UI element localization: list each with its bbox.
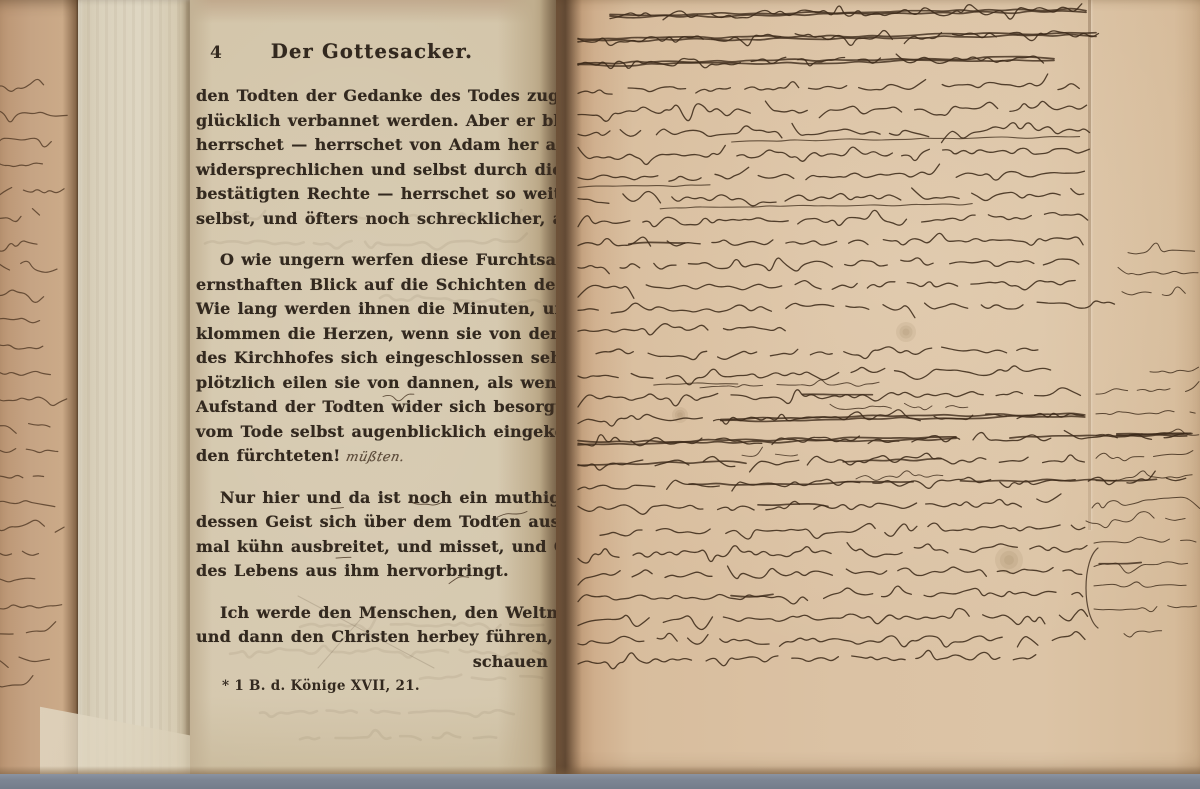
print-line: glücklich verbannet werden. Aber er blei… (196, 109, 548, 134)
print-line: schauen (196, 650, 548, 675)
print-line: Nur hier und da ist noch ein muthiger El… (196, 486, 548, 511)
print-paragraph: Nur hier und da ist noch ein muthiger El… (196, 486, 548, 584)
print-line: selbst, und öfters noch schrecklicher, a… (196, 207, 548, 232)
book-scan: 4 Der Gottesacker. den Todten der Gedank… (0, 0, 1200, 789)
print-line: des Lebens aus ihm hervorbringt. (196, 559, 548, 584)
print-body: den Todten der Gedanke des Todes zugleic… (196, 84, 548, 674)
underleaf-edge (78, 0, 190, 774)
manuscript-page (556, 0, 1200, 774)
page-bottom-edge (0, 766, 1200, 774)
footnote: * 1 B. d. Könige XVII, 21. (222, 678, 420, 694)
print-line: Aufstand der Todten wider sich besorgten… (196, 395, 548, 420)
print-line: Wie lang werden ihnen die Minuten, und w… (196, 297, 548, 322)
print-line: widersprechlichen und selbst durch die V… (196, 158, 548, 183)
gutter-shadow (540, 0, 582, 774)
print-line: und dann den Christen herbey führen, ode… (196, 625, 548, 650)
running-title: Der Gottesacker. (196, 40, 548, 63)
print-line: des Kirchhofes sich eingeschlossen sehen… (196, 346, 548, 371)
print-line: dessen Geist sich über dem Todten ausbre… (196, 510, 548, 535)
print-line: Ich werde den Menschen, den Weltmenschen… (196, 601, 548, 626)
print-line: plötzlich eilen sie von dannen, als wenn… (196, 371, 548, 396)
print-line: O wie ungern werfen diese Furchtsamen ei… (196, 248, 548, 273)
left-page-strip (0, 0, 78, 774)
print-header: 4 Der Gottesacker. (196, 40, 548, 66)
print-line: klommen die Herzen, wenn sie von den Mau… (196, 322, 548, 347)
printed-page: 4 Der Gottesacker. den Todten der Gedank… (190, 0, 556, 774)
print-line: mal kühn ausbreitet, und misset, und Ged… (196, 535, 548, 560)
print-line: vom Tode selbst augenblicklich eingekerk… (196, 420, 548, 445)
paper-crease (1088, 0, 1091, 530)
print-line: den fürchteten!müßten. (196, 444, 548, 469)
print-paragraph: O wie ungern werfen diese Furchtsamen ei… (196, 248, 548, 469)
print-line: den Todten der Gedanke des Todes zugleic… (196, 84, 548, 109)
print-line: bestätigten Rechte — herrschet so weit a… (196, 182, 548, 207)
print-line: ernsthaften Blick auf die Schichten der … (196, 273, 548, 298)
print-paragraph: den Todten der Gedanke des Todes zugleic… (196, 84, 548, 231)
page-number: 4 (210, 43, 222, 63)
handwritten-correction: müßten. (344, 446, 408, 471)
table-edge (0, 774, 1200, 789)
print-paragraph: Ich werde den Menschen, den Weltmenschen… (196, 601, 548, 675)
print-line: herrschet — herrschet von Adam her aus e… (196, 133, 548, 158)
